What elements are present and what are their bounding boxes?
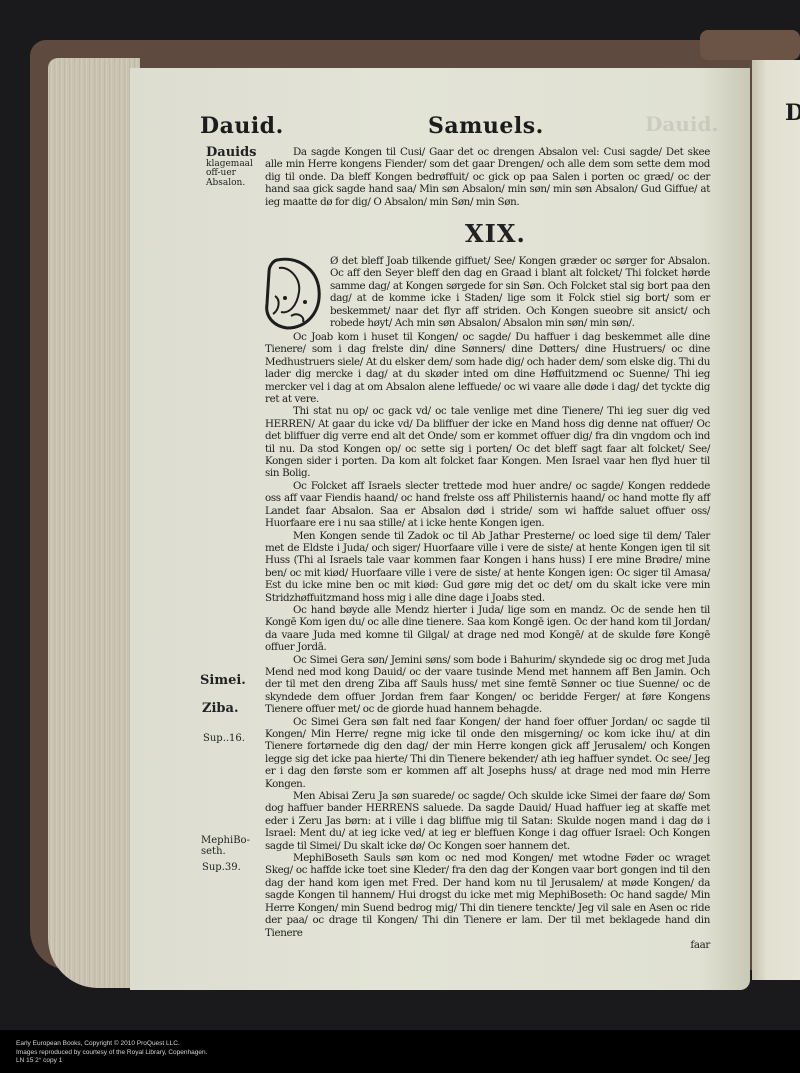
running-head-left: Dauid. (200, 113, 284, 139)
footer-shelfmark: LN 15 2° copy 1 (16, 1057, 62, 1064)
paragraph: Oc Simei Gera søn falt ned faar Kongen/ … (265, 716, 710, 790)
show-through-text: Dauid. (645, 112, 718, 136)
margin-note-davids-lament: Dauids klagemaal off-uer Absalon. (206, 146, 266, 188)
paragraph: Oc hand bøyde alle Mendz hierter i Juda/… (265, 604, 710, 654)
page-fore-edge (48, 58, 140, 988)
margin-note-simei: Simei. (200, 674, 246, 688)
scan-viewer: D Dauid. Dauid. Samuels. Dauids klagemaa… (0, 0, 800, 1030)
running-head-title: Samuels. (428, 113, 544, 139)
margin-note-mephiboseth: MephiBo-seth. (201, 836, 257, 857)
chapter-number: XIX. (465, 219, 526, 248)
catchword: faar (265, 939, 710, 951)
chapter-intro-paragraph: Ø det bleff Joab tilkende giffuet/ See/ … (330, 255, 710, 329)
paragraph: Thi stat nu op/ oc gack vd/ oc tale venl… (265, 405, 710, 479)
margin-note-sup39: Sup.39. (202, 863, 241, 874)
paragraph: Oc Folcket aff Israels slecter trettede … (265, 480, 710, 530)
margin-note-sup16: Sup..16. (203, 734, 245, 745)
paragraph: MephiBoseth Sauls søn kom oc ned mod Kon… (265, 852, 710, 939)
facing-page (752, 60, 800, 980)
opening-paragraph: Da sagde Kongen til Cusi/ Gaar det oc dr… (265, 146, 710, 208)
chapter-body: Oc Joab kom i huset til Kongen/ oc sagde… (265, 331, 710, 951)
decorated-initial-icon (263, 256, 323, 330)
margin-note-subtitle: klagemaal off-uer Absalon. (206, 159, 253, 188)
paragraph: Men Abisai Zeru Ja søn suarede/ oc sagde… (265, 790, 710, 852)
margin-note-title: Dauids (206, 146, 266, 160)
book-cover-right (700, 30, 800, 60)
facing-page-running-head: D (785, 100, 800, 126)
paragraph: Men Kongen sende til Zadok oc til Ab Jat… (265, 530, 710, 604)
margin-note-ziba: Ziba. (202, 702, 238, 716)
paragraph: Oc Joab kom i huset til Kongen/ oc sagde… (265, 331, 710, 405)
footer-copyright: Early European Books, Copyright © 2010 P… (16, 1040, 180, 1047)
footer-courtesy: Images reproduced by courtesy of the Roy… (16, 1049, 207, 1056)
paragraph: Oc Simei Gera søn/ Jemini søns/ som bode… (265, 654, 710, 716)
